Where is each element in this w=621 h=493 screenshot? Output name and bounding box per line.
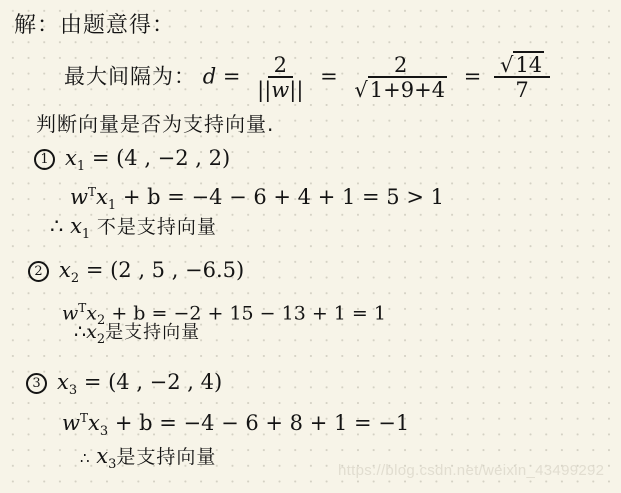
max-margin-formula: 最大间隔为： d = 2 ||w|| = 2 √1+9+4 = √14 7 — [64, 54, 556, 102]
case-1-calculation: wTx1 + b = −4 − 6 + 4 + 1 = 5 > 1 — [70, 180, 444, 218]
case-2-vector: 2x2 = (2 , 5 , −6.5) — [28, 258, 244, 291]
heading: 解：由题意得： — [14, 14, 175, 38]
circled-number-3: 3 — [26, 373, 47, 394]
conclusion-text: 不是支持向量 — [97, 216, 217, 238]
calc-expression: + b = −4 − 6 + 8 + 1 = −1 — [115, 411, 409, 435]
task-statement: 判断向量是否为支持向量. — [36, 112, 274, 136]
subscript: 3 — [69, 383, 77, 398]
sqrt-symbol: √1+9+4 — [354, 78, 447, 102]
case-3-calculation: wTx3 + b = −4 − 6 + 8 + 1 = −1 — [62, 406, 409, 444]
therefore-symbol: ∴ — [80, 449, 90, 467]
case-3-vector: 3x3 = (4 , −2 , 4) — [26, 370, 222, 403]
circled-number-1: 1 — [34, 149, 55, 170]
var: x — [96, 185, 108, 209]
transpose: T — [88, 185, 96, 199]
fraction-2-over-norm-w: 2 ||w|| — [253, 54, 307, 102]
fraction-sqrt14-over-7: √14 7 — [494, 54, 550, 102]
subscript: 3 — [100, 424, 108, 439]
subscript: 1 — [77, 159, 85, 174]
equals-sign: = — [320, 65, 338, 89]
case-1-vector: 1x1 = (4 , −2 , 2) — [34, 146, 230, 179]
var: x — [57, 370, 69, 394]
margin-variable: d — [203, 65, 216, 89]
var: x — [86, 321, 97, 343]
calc-expression: + b = −4 − 6 + 4 + 1 = 5 > 1 — [123, 185, 444, 209]
vector-value: = (4 , −2 , 2) — [92, 146, 230, 170]
var: x — [59, 258, 71, 282]
denominator: 7 — [511, 78, 532, 102]
vector-value: = (2 , 5 , −6.5) — [86, 258, 244, 282]
therefore-symbol: ∴ — [74, 321, 86, 343]
denominator: ||w|| — [253, 78, 307, 102]
therefore-symbol: ∴ — [50, 214, 63, 238]
fraction-2-over-sqrt: 2 √1+9+4 — [350, 54, 451, 102]
denominator: √1+9+4 — [350, 78, 451, 102]
case-1-conclusion: ∴ x1 不是支持向量 — [50, 214, 217, 247]
var: x — [88, 411, 100, 435]
sqrt-symbol: √14 — [500, 54, 544, 76]
radicand: 14 — [513, 51, 544, 77]
vector-value: = (4 , −2 , 4) — [84, 370, 222, 394]
numerator: √14 — [494, 54, 550, 78]
var: x — [70, 214, 82, 238]
conclusion-text: 是支持向量 — [105, 322, 200, 343]
transpose: T — [80, 411, 88, 425]
w: w — [62, 411, 80, 435]
max-margin-label: 最大间隔为： — [64, 65, 196, 89]
numerator: 2 — [268, 54, 293, 78]
case-2-conclusion: ∴x2是支持向量 — [74, 320, 200, 352]
radicand: 1+9+4 — [368, 76, 447, 102]
subscript: 2 — [71, 271, 79, 286]
case-3-conclusion: ∴ x3是支持向量 — [80, 444, 216, 477]
subscript: 1 — [82, 227, 90, 242]
conclusion-text: 是支持向量 — [116, 446, 216, 468]
w: w — [70, 185, 88, 209]
numerator: 2 — [388, 54, 413, 78]
var: x — [65, 146, 77, 170]
watermark: https://blog.csdn.net/weixin_43499292 — [338, 462, 604, 479]
subscript: 1 — [108, 198, 116, 213]
subscript: 2 — [97, 332, 105, 347]
var: x — [96, 444, 108, 468]
equals-sign: = — [464, 65, 482, 89]
equals-sign: = — [223, 65, 241, 89]
circled-number-2: 2 — [28, 261, 49, 282]
